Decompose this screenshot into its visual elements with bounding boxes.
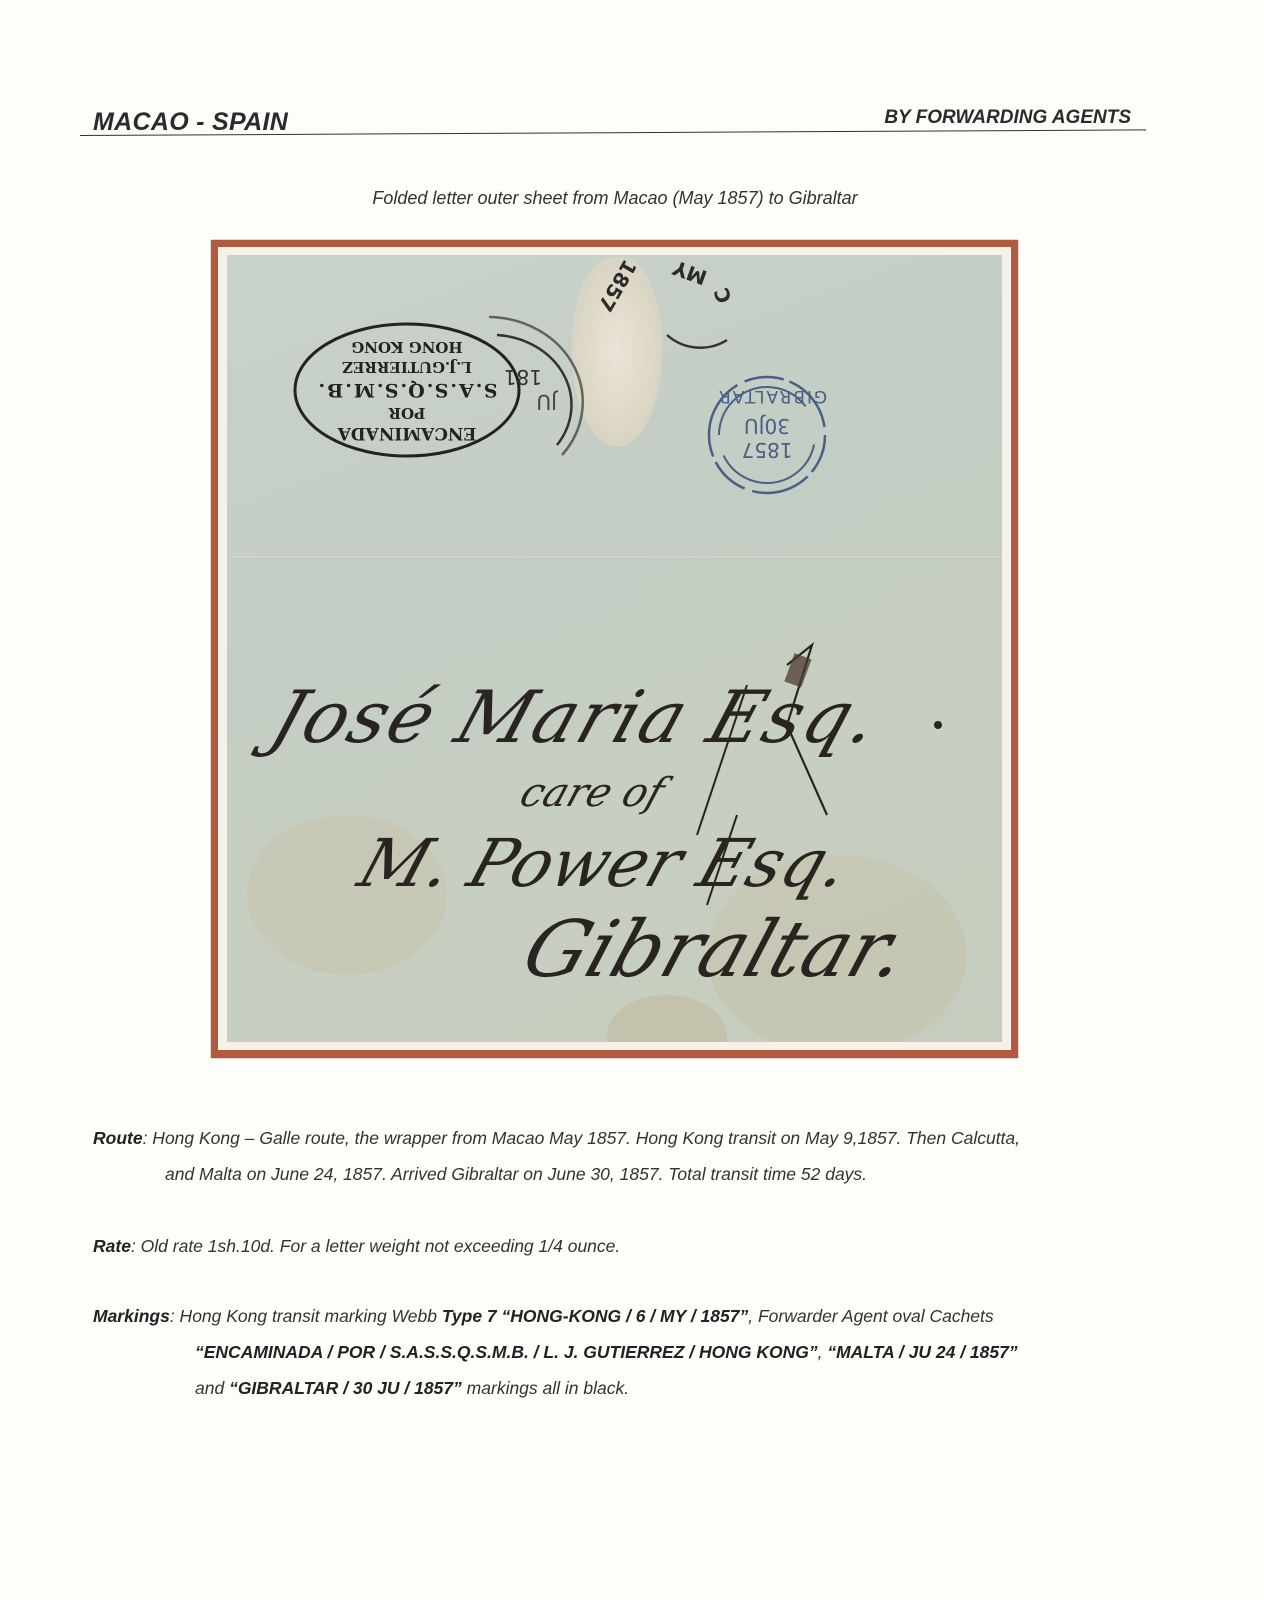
address-recipient: José Maria Esq. <box>261 675 891 759</box>
markings-cachet-quote: “ENCAMINADA / POR / S.A.S.S.Q.S.M.B. / L… <box>195 1342 818 1362</box>
rate-label: Rate <box>93 1236 131 1256</box>
markings-malta-quote: “MALTA / JU 24 / 1857” <box>827 1342 1017 1362</box>
markings-text: : Hong Kong transit marking Webb <box>170 1306 442 1326</box>
handwritten-address: José Maria Esq. care of M. Power Esq. Gi… <box>227 255 1002 1042</box>
exhibit-caption: Folded letter outer sheet from Macao (Ma… <box>0 188 1230 209</box>
markings-text: and <box>195 1378 229 1398</box>
route-label: Route <box>93 1128 143 1148</box>
markings-text: markings all in black. <box>462 1378 629 1398</box>
page-title: MACAO - SPAIN <box>93 108 288 137</box>
route-text-continued: and Malta on June 24, 1857. Arrived Gibr… <box>93 1156 1163 1192</box>
markings-line-2: “ENCAMINADA / POR / S.A.S.S.Q.S.M.B. / L… <box>93 1334 1163 1370</box>
mount-border: ENCAMINADA POR S.A.S.Q.S.M.B. L.J.GUTIER… <box>218 247 1011 1050</box>
route-text: : Hong Kong – Galle route, the wrapper f… <box>143 1128 1020 1148</box>
markings-gibraltar-quote: “GIBRALTAR / 30 JU / 1857” <box>229 1378 462 1398</box>
address-destination: Gibraltar. <box>512 905 919 995</box>
rate-note: Rate: Old rate 1sh.10d. For a letter wei… <box>93 1228 620 1264</box>
route-note: Route: Hong Kong – Galle route, the wrap… <box>93 1120 1163 1192</box>
markings-line-3: and “GIBRALTAR / 30 JU / 1857” markings … <box>93 1370 1163 1406</box>
rate-text: : Old rate 1sh.10d. For a letter weight … <box>131 1236 620 1256</box>
markings-note: Markings: Hong Kong transit marking Webb… <box>93 1298 1163 1406</box>
markings-label: Markings <box>93 1306 170 1326</box>
markings-type: Type 7 <box>442 1306 497 1326</box>
address-care-of: care of <box>515 770 671 816</box>
exhibit-mount-frame: ENCAMINADA POR S.A.S.Q.S.M.B. L.J.GUTIER… <box>211 240 1018 1058</box>
markings-text: , Forwarder Agent oval Cachets <box>748 1306 993 1326</box>
markings-text: , <box>818 1342 828 1362</box>
address-agent: M. Power Esq. <box>349 825 858 902</box>
folded-letter-image: ENCAMINADA POR S.A.S.Q.S.M.B. L.J.GUTIER… <box>227 255 1002 1042</box>
markings-hongkong-quote: “HONG-KONG / 6 / MY / 1857” <box>497 1306 749 1326</box>
section-title: BY FORWARDING AGENTS <box>884 107 1131 129</box>
